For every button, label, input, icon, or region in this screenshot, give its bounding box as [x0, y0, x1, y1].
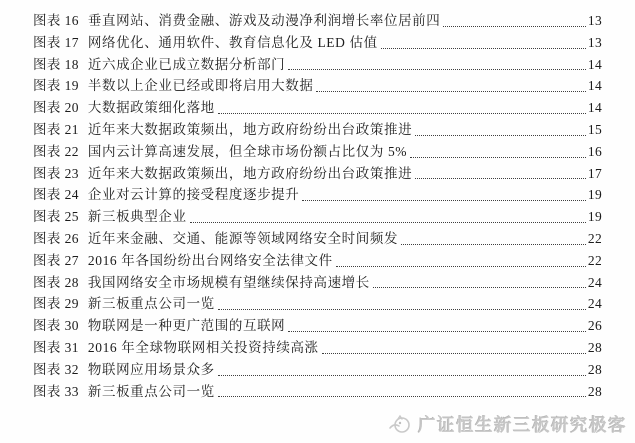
toc-entry[interactable]: 图表 30 物联网是一种更广范围的互联网 26 [33, 315, 602, 337]
toc-entry-page: 26 [588, 315, 602, 337]
toc-entry[interactable]: 图表 17 网络优化、通用软件、教育信息化及 LED 估值 13 [33, 32, 602, 54]
toc-entry-title: 垂直网站、消费金融、游戏及动漫净利润增长率位居前四 [88, 10, 441, 32]
dot-leader-icon [316, 91, 585, 92]
dot-leader-icon [415, 135, 586, 136]
toc-entry-page: 13 [588, 32, 602, 54]
toc-entry-title: 网络优化、通用软件、教育信息化及 LED 估值 [88, 32, 378, 54]
watermark-text: 广证恒生新三板研究极客 [418, 412, 627, 437]
toc-entry-page: 13 [588, 10, 602, 32]
toc-entry-page: 14 [588, 97, 602, 119]
toc-entry[interactable]: 图表 22 国内云计算高速发展，但全球市场份额占比仅为 5% 16 [33, 141, 602, 163]
dot-leader-icon [410, 157, 586, 158]
dot-leader-icon [415, 178, 586, 179]
dot-leader-icon [288, 331, 586, 332]
toc-entry-label: 图表 28 [33, 272, 79, 294]
toc-entry-label: 图表 21 [33, 119, 79, 141]
toc-entry[interactable]: 图表 20 大数据政策细化落地 14 [33, 97, 602, 119]
toc-entry-title: 近六成企业已成立数据分析部门 [88, 54, 285, 76]
toc-entry-page: 19 [588, 184, 602, 206]
brand-logo-icon [387, 414, 413, 436]
toc-entry-title: 国内云计算高速发展，但全球市场份额占比仅为 5% [88, 141, 407, 163]
toc-entry-title: 2016 年全球物联网相关投资持续高涨 [88, 337, 319, 359]
toc-entry-page: 24 [588, 293, 602, 315]
toc-entry-title: 大数据政策细化落地 [88, 97, 215, 119]
toc-entry-label: 图表 19 [33, 75, 79, 97]
dot-leader-icon [322, 353, 586, 354]
dot-leader-icon [218, 375, 586, 376]
toc-entry-title: 近年来大数据政策频出，地方政府纷纷出台政策推进 [88, 119, 412, 141]
toc-entry-page: 16 [588, 141, 602, 163]
toc-entry-label: 图表 20 [33, 97, 79, 119]
toc-entry[interactable]: 图表 32 物联网应用场景众多 28 [33, 359, 602, 381]
toc-entry-label: 图表 30 [33, 315, 79, 337]
toc-entry[interactable]: 图表 24 企业对云计算的接受程度逐步提升 19 [33, 184, 602, 206]
toc-entry-label: 图表 26 [33, 228, 79, 250]
toc-entry-page: 28 [588, 381, 602, 403]
dot-leader-icon [190, 222, 586, 223]
toc-entry-title: 近年来大数据政策频出，地方政府纷纷出台政策推进 [88, 163, 412, 185]
dot-leader-icon [218, 113, 586, 114]
toc-entry-label: 图表 17 [33, 32, 79, 54]
toc-entry-label: 图表 32 [33, 359, 79, 381]
dot-leader-icon [443, 26, 586, 27]
toc-entry-page: 22 [588, 250, 602, 272]
toc-entry[interactable]: 图表 18 近六成企业已成立数据分析部门 14 [33, 54, 602, 76]
toc-entry-label: 图表 27 [33, 250, 79, 272]
toc-entry-title: 半数以上企业已经或即将启用大数据 [88, 75, 314, 97]
toc-entry-title: 近年来金融、交通、能源等领域网络安全时间频发 [88, 228, 398, 250]
dot-leader-icon [373, 287, 586, 288]
toc-entry-label: 图表 16 [33, 10, 79, 32]
toc-entry-title: 新三板典型企业 [88, 206, 187, 228]
toc-entry-title: 2016 年各国纷纷出台网络安全法律文件 [88, 250, 333, 272]
dot-leader-icon [302, 200, 586, 201]
dot-leader-icon [336, 266, 586, 267]
toc-entry-page: 19 [588, 206, 602, 228]
dot-leader-icon [381, 48, 586, 49]
toc-entry-title: 企业对云计算的接受程度逐步提升 [88, 184, 300, 206]
toc-entry-page: 22 [588, 228, 602, 250]
toc-entry[interactable]: 图表 21 近年来大数据政策频出，地方政府纷纷出台政策推进 15 [33, 119, 602, 141]
toc-entry-title: 新三板重点公司一览 [88, 381, 215, 403]
dot-leader-icon [401, 244, 586, 245]
toc-entry[interactable]: 图表 28 我国网络安全市场规模有望继续保持高速增长 24 [33, 272, 602, 294]
toc-entry-page: 28 [588, 359, 602, 381]
toc-entry-title: 物联网应用场景众多 [88, 359, 215, 381]
toc-entry-label: 图表 29 [33, 293, 79, 315]
toc-entry-label: 图表 22 [33, 141, 79, 163]
toc-entry-page: 15 [588, 119, 602, 141]
toc-list: 图表 16 垂直网站、消费金融、游戏及动漫净利润增长率位居前四 13 图表 17… [33, 10, 602, 402]
toc-entry-label: 图表 24 [33, 184, 79, 206]
toc-entry[interactable]: 图表 26 近年来金融、交通、能源等领域网络安全时间频发 22 [33, 228, 602, 250]
toc-entry[interactable]: 图表 29 新三板重点公司一览 24 [33, 293, 602, 315]
dot-leader-icon [218, 396, 586, 397]
toc-entry-label: 图表 33 [33, 381, 79, 403]
toc-entry-page: 24 [588, 272, 602, 294]
watermark: 广证恒生新三板研究极客 [387, 412, 627, 437]
toc-entry-label: 图表 31 [33, 337, 79, 359]
toc-entry[interactable]: 图表 31 2016 年全球物联网相关投资持续高涨 28 [33, 337, 602, 359]
toc-entry-page: 14 [588, 54, 602, 76]
document-page: 图表 16 垂直网站、消费金融、游戏及动漫净利润增长率位居前四 13 图表 17… [0, 0, 635, 443]
toc-entry-label: 图表 25 [33, 206, 79, 228]
toc-entry[interactable]: 图表 33 新三板重点公司一览 28 [33, 381, 602, 403]
toc-entry-title: 物联网是一种更广范围的互联网 [88, 315, 285, 337]
toc-entry[interactable]: 图表 16 垂直网站、消费金融、游戏及动漫净利润增长率位居前四 13 [33, 10, 602, 32]
toc-entry-title: 新三板重点公司一览 [88, 293, 215, 315]
dot-leader-icon [288, 69, 586, 70]
toc-entry-label: 图表 23 [33, 163, 79, 185]
toc-entry-page: 14 [588, 75, 602, 97]
toc-entry-title: 我国网络安全市场规模有望继续保持高速增长 [88, 272, 370, 294]
toc-entry[interactable]: 图表 23 近年来大数据政策频出，地方政府纷纷出台政策推进 17 [33, 163, 602, 185]
toc-entry-page: 17 [588, 163, 602, 185]
toc-entry-label: 图表 18 [33, 54, 79, 76]
toc-entry[interactable]: 图表 25 新三板典型企业 19 [33, 206, 602, 228]
toc-entry[interactable]: 图表 27 2016 年各国纷纷出台网络安全法律文件 22 [33, 250, 602, 272]
dot-leader-icon [218, 309, 586, 310]
toc-entry-page: 28 [588, 337, 602, 359]
toc-entry[interactable]: 图表 19 半数以上企业已经或即将启用大数据 14 [33, 75, 602, 97]
